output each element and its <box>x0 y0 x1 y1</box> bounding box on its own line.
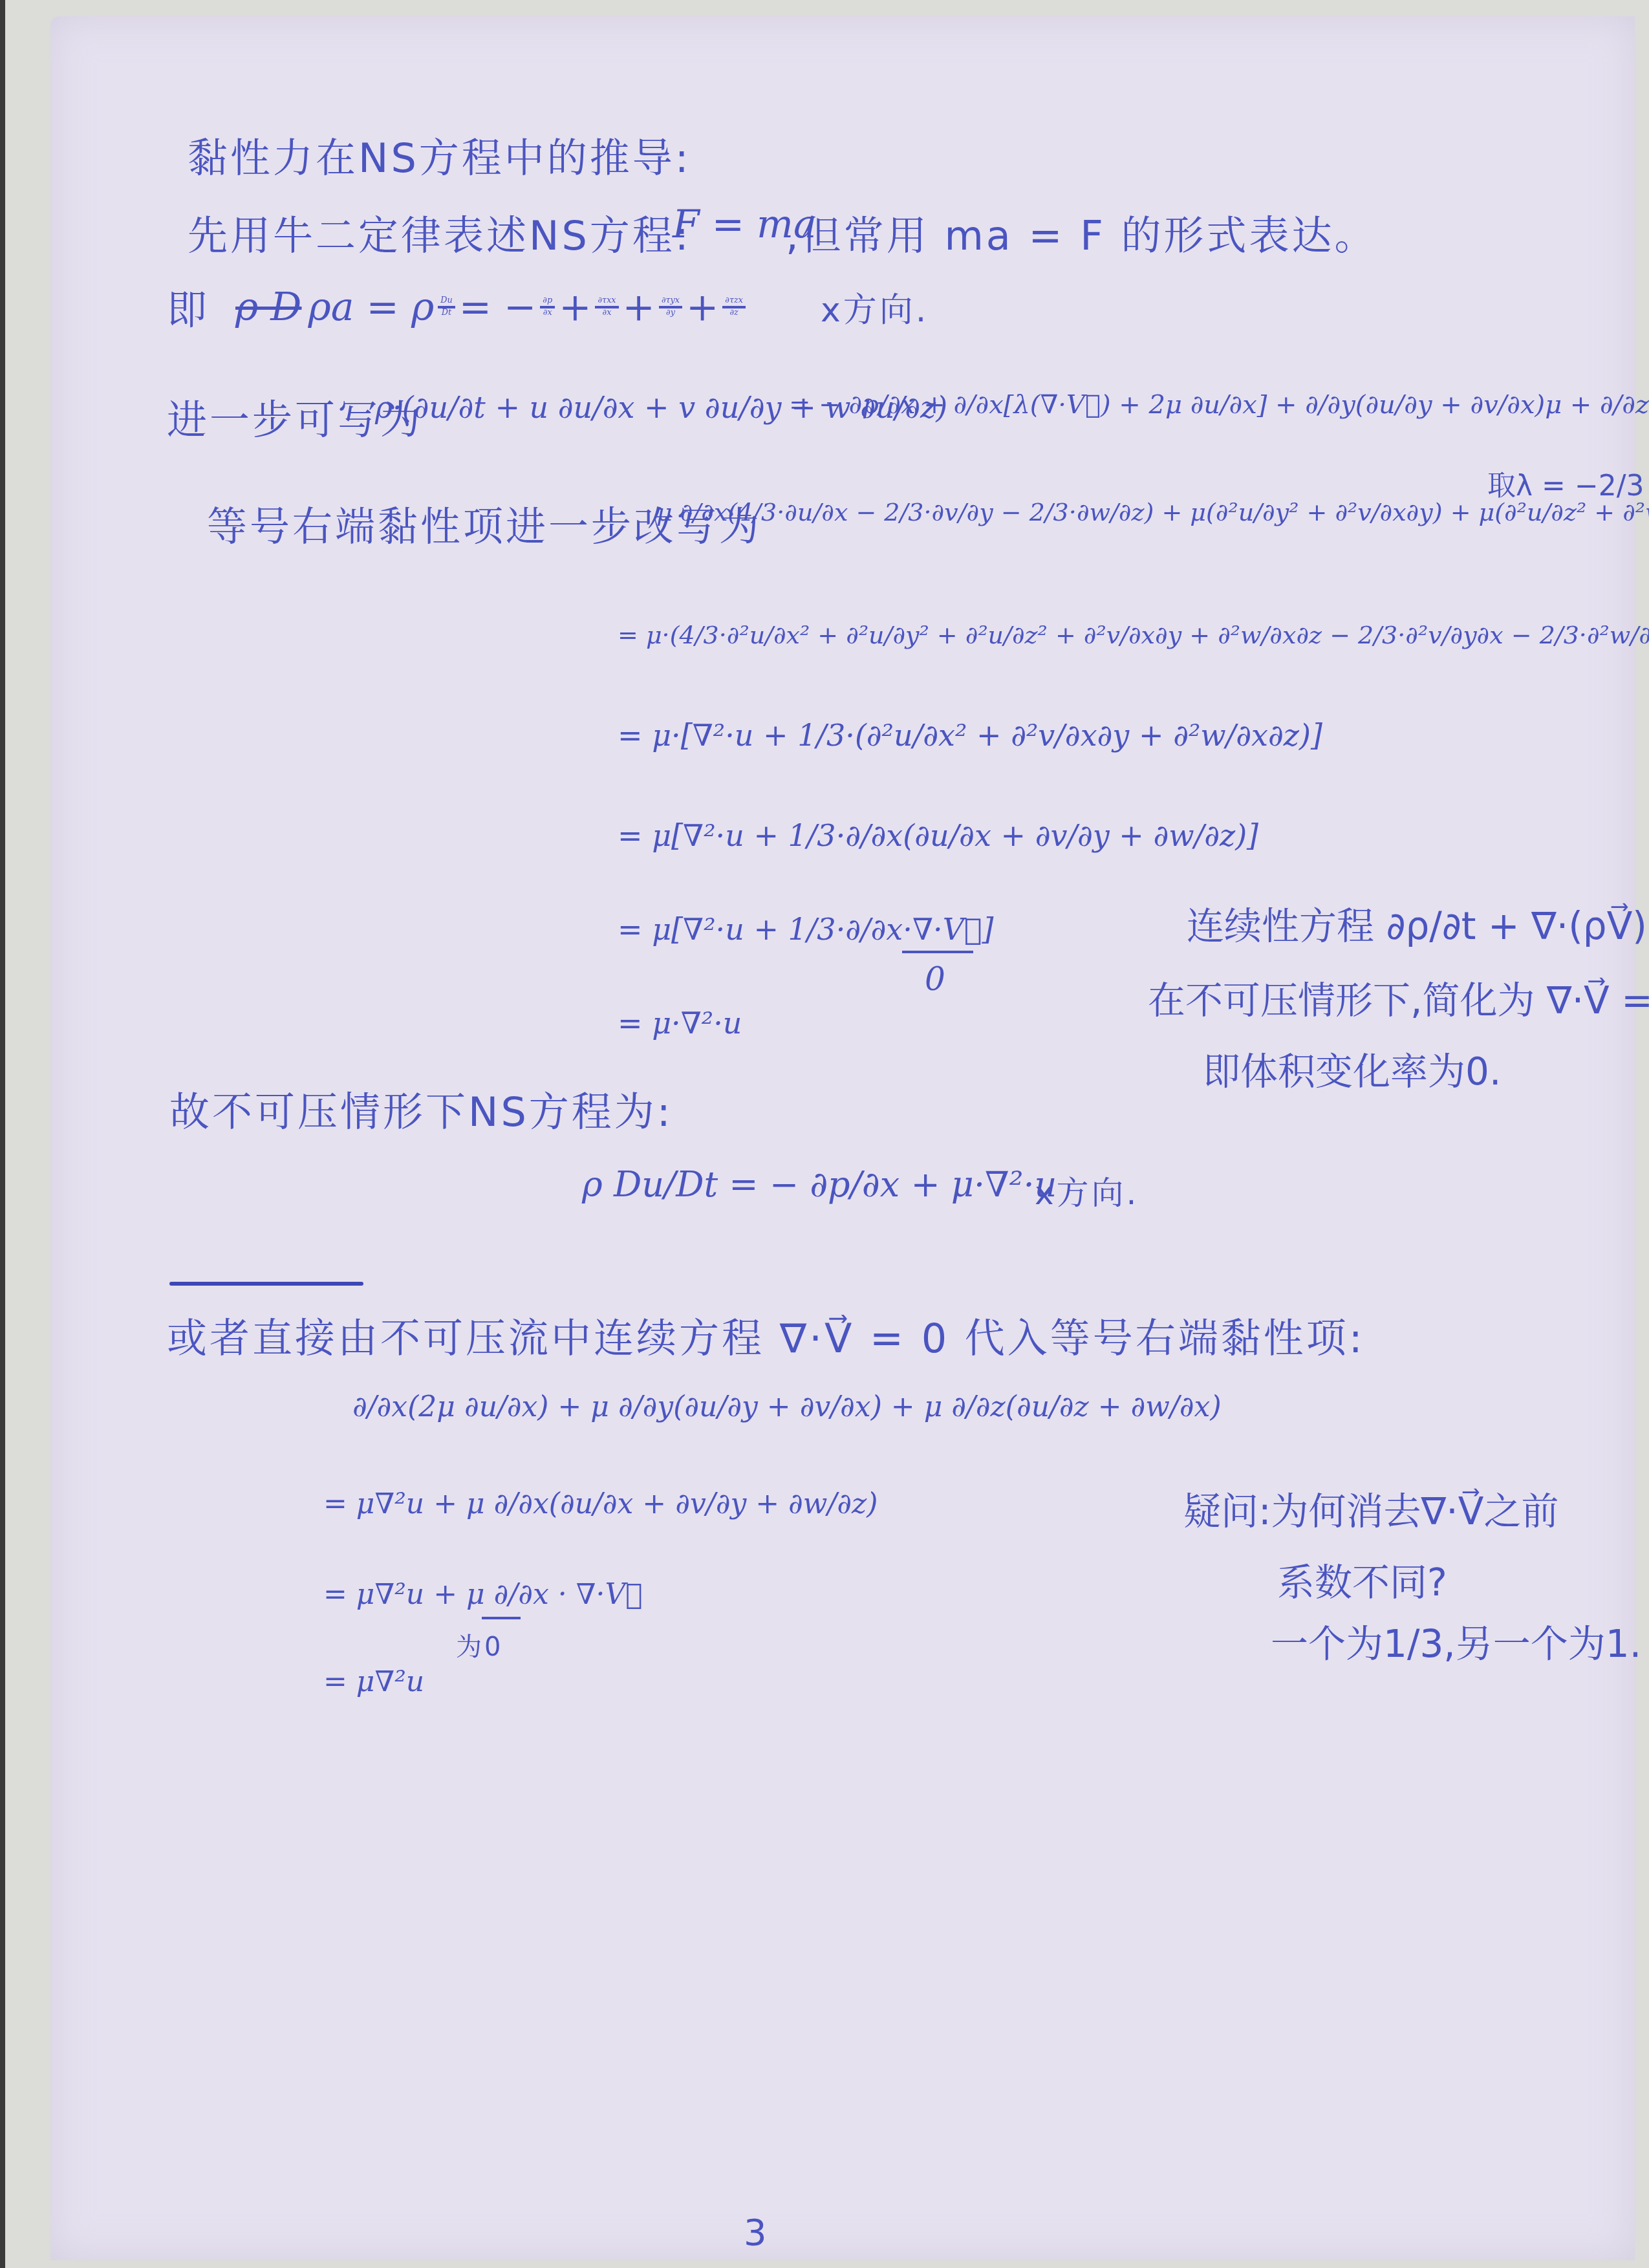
eq1-lhs: ρa = ρ <box>308 285 434 330</box>
alternative-underbrace-label: 为0 <box>456 1626 503 1663</box>
question-line-2: 系数不同? <box>1277 1552 1447 1606</box>
notebook-page <box>50 16 1635 2260</box>
stress-term-xx: ∂τxx∂x <box>595 296 618 317</box>
material-derivative: Du Dt <box>438 296 455 317</box>
intro-text: 先用牛二定律表述NS方程: <box>188 204 691 261</box>
page-heading: 黏性力在NS方程中的推导: <box>188 126 691 184</box>
intro-note: ,但常用 ma = F 的形式表达。 <box>786 204 1377 261</box>
derivation-line-6: = μ·∇²·u <box>618 1006 742 1041</box>
alternative-line-4: = μ∇²u <box>323 1665 424 1698</box>
alternative-line-1: ∂/∂x(2μ ∂u/∂x) + μ ∂/∂y(∂u/∂y + ∂v/∂x) +… <box>352 1390 1222 1423</box>
momentum-equation: 即 ρ D ρa = ρ Du Dt = − ∂p∂x + ∂τxx∂x + ∂… <box>167 278 929 336</box>
continuity-line-2: 在不可压情形下,简化为 ∇·V⃗ = 0 <box>1148 970 1649 1024</box>
incompressible-ns-equation: ρ Du/Dt = − ∂p/∂x + μ·∇²·u <box>582 1164 1057 1205</box>
page-number: 3 <box>744 2212 767 2254</box>
direction-label: x方向. <box>821 283 929 331</box>
derivation-line-5: = μ[∇²·u + 1/3·∂/∂x·∇·V⃗] <box>618 912 993 947</box>
alternative-line-3: = μ∇²u + μ ∂/∂x · ∇·V⃗ <box>323 1578 643 1611</box>
continuity-line-3: 即体积变化率为0. <box>1203 1041 1501 1096</box>
stress-term-zx: ∂τzx∂z <box>722 296 746 317</box>
derivation-line-2: = μ·(4/3·∂²u/∂x² + ∂²u/∂y² + ∂²u/∂z² + ∂… <box>618 621 1649 649</box>
eq2-rhs: = − ∂p/∂x + ∂/∂x[λ(∇·V⃗) + 2μ ∂u/∂x] + ∂… <box>789 390 1649 420</box>
underbrace-label: 0 <box>925 960 945 998</box>
pressure-gradient-term: ∂p∂x <box>540 296 555 317</box>
continuity-line-1: 连续性方程 ∂ρ/∂t + ∇·(ρV⃗) = 0 <box>1187 896 1649 950</box>
result-text: 故不可压情形下NS方程为: <box>169 1080 673 1138</box>
derivation-line-3: = μ·[∇²·u + 1/3·(∂²u/∂x² + ∂²v/∂x∂y + ∂²… <box>618 718 1322 753</box>
alternative-text: 或者直接由不可压流中连续方程 ∇·V⃗ = 0 代入等号右端黏性项: <box>167 1306 1365 1364</box>
question-line-3: 一个为1/3,另一个为1. <box>1271 1614 1641 1668</box>
result-direction: x方向. <box>1035 1167 1139 1214</box>
derivation-line-4: = μ[∇²·u + 1/3·∂/∂x(∂u/∂x + ∂v/∂y + ∂w/∂… <box>618 818 1258 853</box>
stress-term-yx: ∂τyx∂y <box>659 296 682 317</box>
section-divider <box>169 1282 363 1286</box>
alternative-line-2: = μ∇²u + μ ∂/∂x(∂u/∂x + ∂v/∂y + ∂w/∂z) <box>323 1487 878 1520</box>
question-line-1: 疑问:为何消去∇·V⃗之前 <box>1183 1481 1558 1535</box>
derivation-line-1: μ ∂/∂x(4/3·∂u/∂x − 2/3·∂v/∂y − 2/3·∂w/∂z… <box>656 498 1649 526</box>
scanner-edge <box>0 0 5 2268</box>
alternative-underbrace <box>482 1617 521 1619</box>
crossed-out-term: ρ D <box>235 285 301 330</box>
underbrace <box>902 951 973 953</box>
eq1-prefix: 即 <box>167 278 210 336</box>
